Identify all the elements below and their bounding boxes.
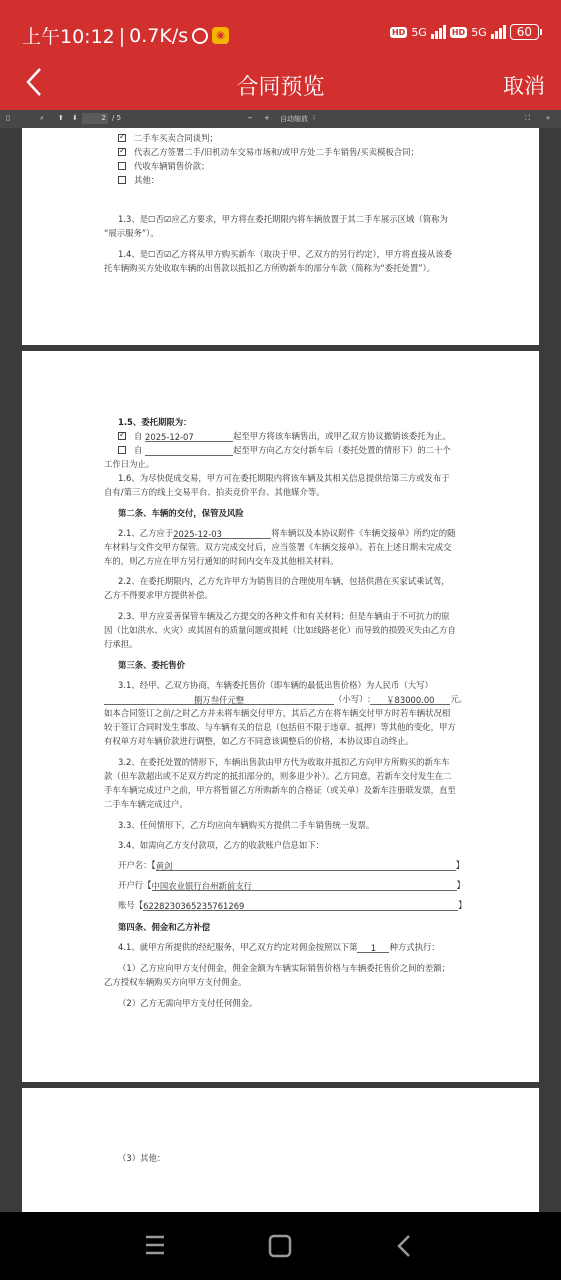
checkbox-checked-icon xyxy=(118,432,126,440)
delivery-date-field: 2025-12-03 xyxy=(173,528,271,539)
pdf-page-3: （3）其他： xyxy=(22,1088,539,1212)
account-bank-field: 中国农业银行台州新前支行 xyxy=(152,880,457,891)
pdf-page-1: 二手车买卖合同谈判； 代表乙方签署二手/旧机动车交易市场和/或甲方处二手车销售/… xyxy=(22,128,539,345)
checkbox-item: 二手车买卖合同谈判； xyxy=(118,132,218,144)
checkbox-unchecked-icon xyxy=(118,446,126,454)
clause-2-2: 2.2、在委托期限内，乙方允许甲方为销售目的合理使用车辆，包括供潜在买家试乘试驾… xyxy=(118,575,450,587)
price-line: 捌万叁仟元整（小写）:￥83000.00元。 xyxy=(104,693,467,705)
more-tools-icon[interactable]: » xyxy=(546,114,550,122)
pdf-toolbar: ▯ ⌕ ⬆ ⬇ 2 / 5 − + 自动缩放 ⁝ ⛶ » xyxy=(0,110,561,128)
term-option-2: 自 起至甲方向乙方交付新车后（委托处置的情形下）的二十个 xyxy=(118,444,451,456)
battery-icon: 60 xyxy=(510,24,539,40)
clause-2-3: 2.3、甲方应妥善保管车辆及乙方提交的各种文件和有关材料；但是车辆由于不可抗力的… xyxy=(118,610,450,622)
account-name-row: 开户名：【黄剑】 xyxy=(118,859,464,871)
clause-2-1: 2.1、乙方应于2025-12-03将车辆以及本协议附件《车辆交接单》所约定的随 xyxy=(118,527,455,539)
checkbox-checked-icon xyxy=(118,134,126,142)
sidebar-toggle-icon[interactable]: ▯ xyxy=(6,114,10,122)
dropdown-icon: ⁝ xyxy=(313,114,315,122)
weibo-app-icon: ◉ xyxy=(212,27,229,44)
start-date-field: 2025-12-07 xyxy=(145,431,233,442)
account-number-field: 6228230365235761269 xyxy=(143,900,458,911)
clause-1-4: 1.4、是☐否☑乙方将从甲方购买新车（取决于甲、乙双方的另行约定），甲方将直接从… xyxy=(118,248,452,260)
page-total: / 5 xyxy=(112,114,121,122)
cancel-button[interactable]: 取消 xyxy=(503,70,545,100)
commission-option-2: （2）乙方无需向甲方支付任何佣金。 xyxy=(118,997,257,1009)
pdf-page-2: 1.5、委托期限为： 自 2025-12-07起至甲方将该车辆售出，或甲乙双方协… xyxy=(22,351,539,1082)
zoom-in-button[interactable]: + xyxy=(264,114,270,122)
next-page-icon[interactable]: ⬇ xyxy=(72,114,78,122)
term-option-1: 自 2025-12-07起至甲方将该车辆售出，或甲乙双方协议撤销该委托为止。 xyxy=(118,430,451,442)
commission-option-1: （1）乙方应向甲方支付佣金，佣金金额为车辆实际销售价格与车辆委托售价之间的差额； xyxy=(118,962,450,974)
alarm-icon xyxy=(192,28,208,44)
hd-icon: HD xyxy=(450,27,467,38)
sim2-network-type: 5G xyxy=(471,26,487,39)
zoom-out-button[interactable]: − xyxy=(247,114,253,122)
commission-option-field: 1 xyxy=(357,942,389,953)
account-name-field: 黄剑 xyxy=(156,860,456,871)
checkbox-checked-icon xyxy=(118,148,126,156)
network-speed: 0.7K/s xyxy=(129,25,188,47)
home-icon[interactable] xyxy=(268,1234,292,1262)
presentation-mode-icon[interactable]: ⛶ xyxy=(525,114,530,123)
clause-4-1: 4.1、就甲方所提供的经纪服务，甲乙双方约定对佣金按照以下第1种方式执行： xyxy=(118,941,440,953)
page-title: 合同预览 xyxy=(0,70,561,101)
signal-icon xyxy=(491,25,506,39)
clause-3-1: 3.1、经甲、乙双方协商，车辆委托售价（即车辆的最低出售价格）为人民币（大写） xyxy=(118,679,433,691)
app-header: 合同预览 取消 xyxy=(0,62,561,110)
previous-page-icon[interactable]: ⬆ xyxy=(58,114,64,122)
hd-icon: HD xyxy=(390,27,407,38)
article-2-title: 第二条、车辆的交付，保管及风险 xyxy=(118,507,244,519)
clause-3-4: 3.4、如需向乙方支付款项，乙方的收款账户信息如下： xyxy=(118,839,324,851)
account-bank-row: 开户行【中国农业银行台州新前支行】 xyxy=(118,879,465,891)
price-in-numbers-field: ￥83000.00 xyxy=(370,694,450,705)
pdf-viewer[interactable]: 二手车买卖合同谈判； 代表乙方签署二手/旧机动车交易市场和/或甲方处二手车销售/… xyxy=(0,128,561,1212)
checkbox-item: 代收车辆销售价款； xyxy=(118,160,209,172)
clause-3-2: 3.2、在委托处置的情形下，车辆出售款由甲方代为收取并抵扣乙方向甲方所购买的新车… xyxy=(118,756,450,768)
article-3-title: 第三条、委托售价 xyxy=(118,659,185,671)
menu-icon[interactable] xyxy=(144,1234,166,1260)
clause-1-3: 1.3、是☐否☑应乙方要求，甲方将在委托期限内将车辆放置于其二手车展示区域（简称… xyxy=(118,213,448,225)
article-4-title: 第四条、佣金和乙方补偿 xyxy=(118,921,210,933)
checkbox-unchecked-icon xyxy=(118,162,126,170)
clause-3-3: 3.3、任何情形下，乙方均应向车辆购买方提供二手车销售统一发票。 xyxy=(118,819,374,831)
system-navigation-bar xyxy=(0,1212,561,1280)
signal-icon xyxy=(431,25,446,39)
back-icon[interactable] xyxy=(396,1234,412,1262)
checkbox-item: 其他： xyxy=(118,174,159,186)
clause-1-5-title: 1.5、委托期限为： xyxy=(118,416,191,428)
account-number-row: 账号【6228230365235761269】 xyxy=(118,899,467,911)
zoom-level-select[interactable]: 自动缩放 xyxy=(280,114,308,124)
checkbox-unchecked-icon xyxy=(118,176,126,184)
status-time: 上午10:12 xyxy=(22,22,115,49)
search-icon[interactable]: ⌕ xyxy=(40,114,44,123)
price-in-words-field: 捌万叁仟元整 xyxy=(104,694,334,705)
page-number-input[interactable]: 2 xyxy=(82,113,108,124)
commission-option-3: （3）其他： xyxy=(118,1152,165,1164)
sim1-network-type: 5G xyxy=(411,26,427,39)
clause-1-6: 1.6、为尽快促成交易，甲方可在委托期限内将该车辆及其相关信息提供给第三方或发布… xyxy=(118,472,450,484)
status-bar: 上午10:12 | 0.7K/s ◉ HD 5G HD 5G 60 xyxy=(0,0,561,62)
checkbox-item: 代表乙方签署二手/旧机动车交易市场和/或甲方处二手车销售/买卖模板合同； xyxy=(118,146,419,158)
